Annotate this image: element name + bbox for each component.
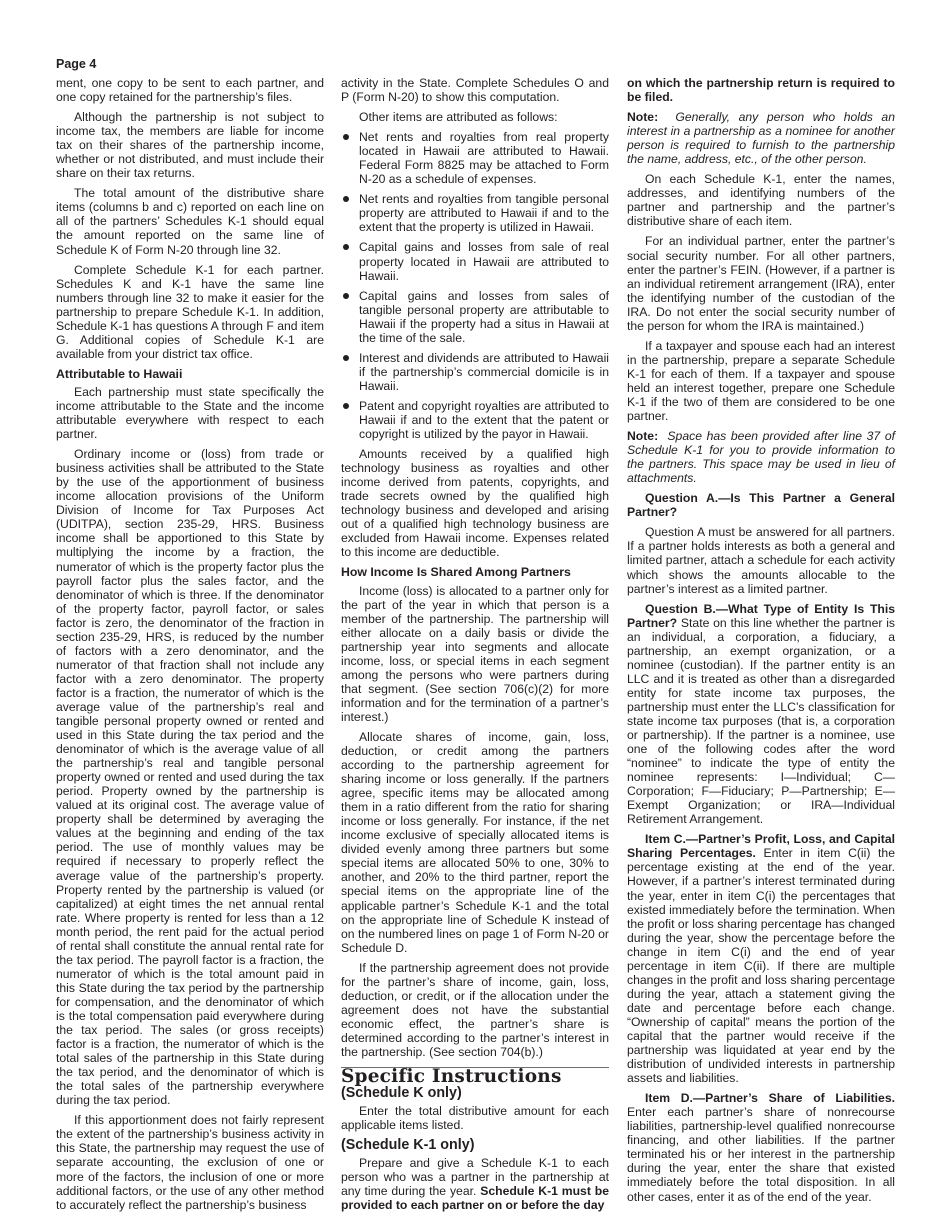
note: Note: Space has been provided after line… bbox=[627, 429, 895, 485]
item-d-heading: Item D.—Partner’s Share of Liabilities. bbox=[645, 1091, 895, 1105]
paragraph: If a taxpayer and spouse each had an int… bbox=[627, 339, 895, 423]
question-a-heading: Question A.—Is This Partner a General Pa… bbox=[627, 491, 895, 519]
paragraph: Income (loss) is allocated to a partner … bbox=[341, 584, 609, 724]
bullet-icon bbox=[343, 355, 349, 361]
column-2: activity in the State. Complete Schedule… bbox=[341, 76, 609, 1218]
paragraph: on which the partnership return is requi… bbox=[627, 76, 895, 104]
section-heading-attributable-to-hawaii: Attributable to Hawaii bbox=[56, 367, 324, 381]
list-item: Interest and dividends are attributed to… bbox=[341, 351, 609, 393]
list-item: Net rents and royalties from tangible pe… bbox=[341, 192, 609, 234]
note: Note: Generally, any person who holds an… bbox=[627, 110, 895, 166]
list-item: Capital gains and losses from sales of t… bbox=[341, 289, 609, 345]
bullet-icon bbox=[343, 244, 349, 250]
paragraph: Although the partnership is not subject … bbox=[56, 110, 324, 180]
column-3: on which the partnership return is requi… bbox=[627, 76, 895, 1210]
paragraph: Ordinary income or (loss) from trade or … bbox=[56, 447, 324, 1107]
bullet-icon bbox=[343, 196, 349, 202]
paragraph: activity in the State. Complete Schedule… bbox=[341, 76, 609, 104]
item-c: Item C.—Partner’s Profit, Loss, and Capi… bbox=[627, 832, 895, 1085]
paragraph: ment, one copy to be sent to each partne… bbox=[56, 76, 324, 104]
schedule-k1-heading: (Schedule K-1 only) bbox=[341, 1138, 609, 1152]
paragraph: Allocate shares of income, gain, loss, d… bbox=[341, 730, 609, 955]
section-heading-income-shared: How Income Is Shared Among Partners bbox=[341, 565, 609, 579]
paragraph: Prepare and give a Schedule K-1 to each … bbox=[341, 1156, 609, 1212]
list-item: Patent and copyright royalties are attri… bbox=[341, 399, 609, 441]
bullet-icon bbox=[343, 403, 349, 409]
paragraph: On each Schedule K-1, enter the names, a… bbox=[627, 172, 895, 228]
paragraph: Question A must be answered for all part… bbox=[627, 525, 895, 595]
item-d: Item D.—Partner’s Share of Liabilities. … bbox=[627, 1091, 895, 1203]
bullet-icon bbox=[343, 293, 349, 299]
specific-instructions-heading: Specific Instructions bbox=[341, 1070, 609, 1084]
column-1: ment, one copy to be sent to each partne… bbox=[56, 76, 324, 1218]
paragraph: Enter the total distributive amount for … bbox=[341, 1104, 609, 1132]
paragraph: Amounts received by a qualified high tec… bbox=[341, 447, 609, 559]
page-number: Page 4 bbox=[56, 57, 96, 71]
note-label: Note: bbox=[627, 110, 658, 124]
question-b: Question B.—What Type of Entity Is This … bbox=[627, 602, 895, 827]
paragraph: If this apportionment does not fairly re… bbox=[56, 1113, 324, 1211]
attribution-list: Net rents and royalties from real proper… bbox=[341, 130, 609, 441]
paragraph: Complete Schedule K-1 for each partner. … bbox=[56, 263, 324, 361]
list-item: Capital gains and losses from sale of re… bbox=[341, 240, 609, 282]
paragraph: Each partnership must state specifically… bbox=[56, 385, 324, 441]
bullet-icon bbox=[343, 134, 349, 140]
paragraph: The total amount of the distributive sha… bbox=[56, 186, 324, 256]
paragraph: For an individual partner, enter the par… bbox=[627, 234, 895, 332]
paragraph: Other items are attributed as follows: bbox=[341, 110, 609, 124]
schedule-k-heading: (Schedule K only) bbox=[341, 1086, 609, 1100]
paragraph: If the partnership agreement does not pr… bbox=[341, 961, 609, 1059]
list-item: Net rents and royalties from real proper… bbox=[341, 130, 609, 186]
note-label: Note: bbox=[627, 429, 658, 443]
